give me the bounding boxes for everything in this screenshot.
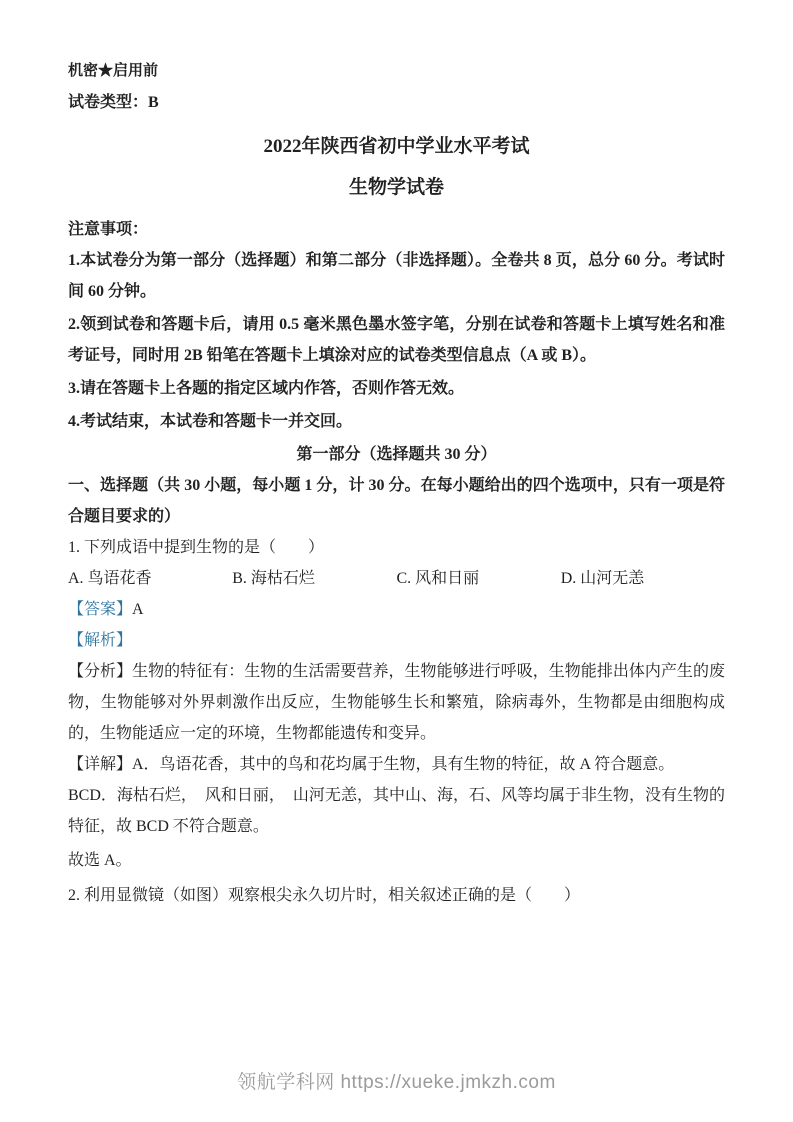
analysis-line: 【解析】 bbox=[68, 625, 725, 656]
detail-paragraph-a: 【详解】A．鸟语花香，其中的鸟和花均属于生物，具有生物的特征，故 A 符合题意。 bbox=[68, 749, 725, 780]
option-b: B. 海枯石烂 bbox=[232, 563, 396, 594]
notice-item-3: 3.请在答题卡上各题的指定区域内作答，否则作答无效。 bbox=[68, 373, 725, 404]
option-a: A. 鸟语花香 bbox=[68, 563, 232, 594]
analysis-label: 【解析】 bbox=[68, 632, 132, 649]
question2-stem: 2. 利用显微镜（如图）观察根尖永久切片时，相关叙述正确的是（ ） bbox=[68, 880, 725, 911]
option-d: D. 山河无恙 bbox=[561, 563, 725, 594]
secrecy-label: 机密★启用前 bbox=[68, 62, 725, 81]
notice-item-4: 4.考试结束，本试卷和答题卡一并交回。 bbox=[68, 406, 725, 437]
part1-heading: 第一部分（选择题共 30 分） bbox=[68, 439, 725, 470]
answer-label: 【答案】 bbox=[68, 601, 132, 618]
notice-item-1: 1.本试卷分为第一部分（选择题）和第二部分（非选择题）。全卷共 8 页，总分 6… bbox=[68, 245, 725, 307]
answer-line: 【答案】A bbox=[68, 594, 725, 625]
fenxi-paragraph: 【分析】生物的特征有：生物的生活需要营养，生物能够进行呼吸，生物能排出体内产生的… bbox=[68, 656, 725, 749]
exam-subtitle: 生物学试卷 bbox=[68, 176, 725, 200]
exam-title: 2022年陕西省初中学业水平考试 bbox=[68, 135, 725, 159]
detail-conclusion: 故选 A。 bbox=[68, 845, 725, 876]
paper-type-label: 试卷类型：B bbox=[68, 93, 725, 113]
option-c: C. 风和日丽 bbox=[397, 563, 561, 594]
detail-paragraph-bcd: BCD．海枯石烂， 风和日丽， 山河无恙，其中山、海，石、风等均属于非生物，没有… bbox=[68, 780, 725, 842]
question1-stem: 1. 下列成语中提到生物的是（ ） bbox=[68, 532, 725, 563]
notice-item-2: 2.领到试卷和答题卡后，请用 0.5 毫米黑色墨水签字笔，分别在试卷和答题卡上填… bbox=[68, 309, 725, 371]
document-content: 机密★启用前 试卷类型：B 2022年陕西省初中学业水平考试 生物学试卷 注意事… bbox=[0, 0, 793, 911]
footer-watermark[interactable]: 领航学科网 https://xueke.jmkzh.com bbox=[0, 1067, 793, 1094]
answer-value: A bbox=[132, 601, 144, 618]
question1-options: A. 鸟语花香 B. 海枯石烂 C. 风和日丽 D. 山河无恙 bbox=[68, 563, 725, 594]
exam-document-page: 机密★启用前 试卷类型：B 2022年陕西省初中学业水平考试 生物学试卷 注意事… bbox=[0, 0, 793, 1122]
section-intro: 一、选择题（共 30 小题，每小题 1 分，计 30 分。在每小题给出的四个选项… bbox=[68, 470, 725, 532]
notice-heading: 注意事项： bbox=[68, 214, 725, 245]
